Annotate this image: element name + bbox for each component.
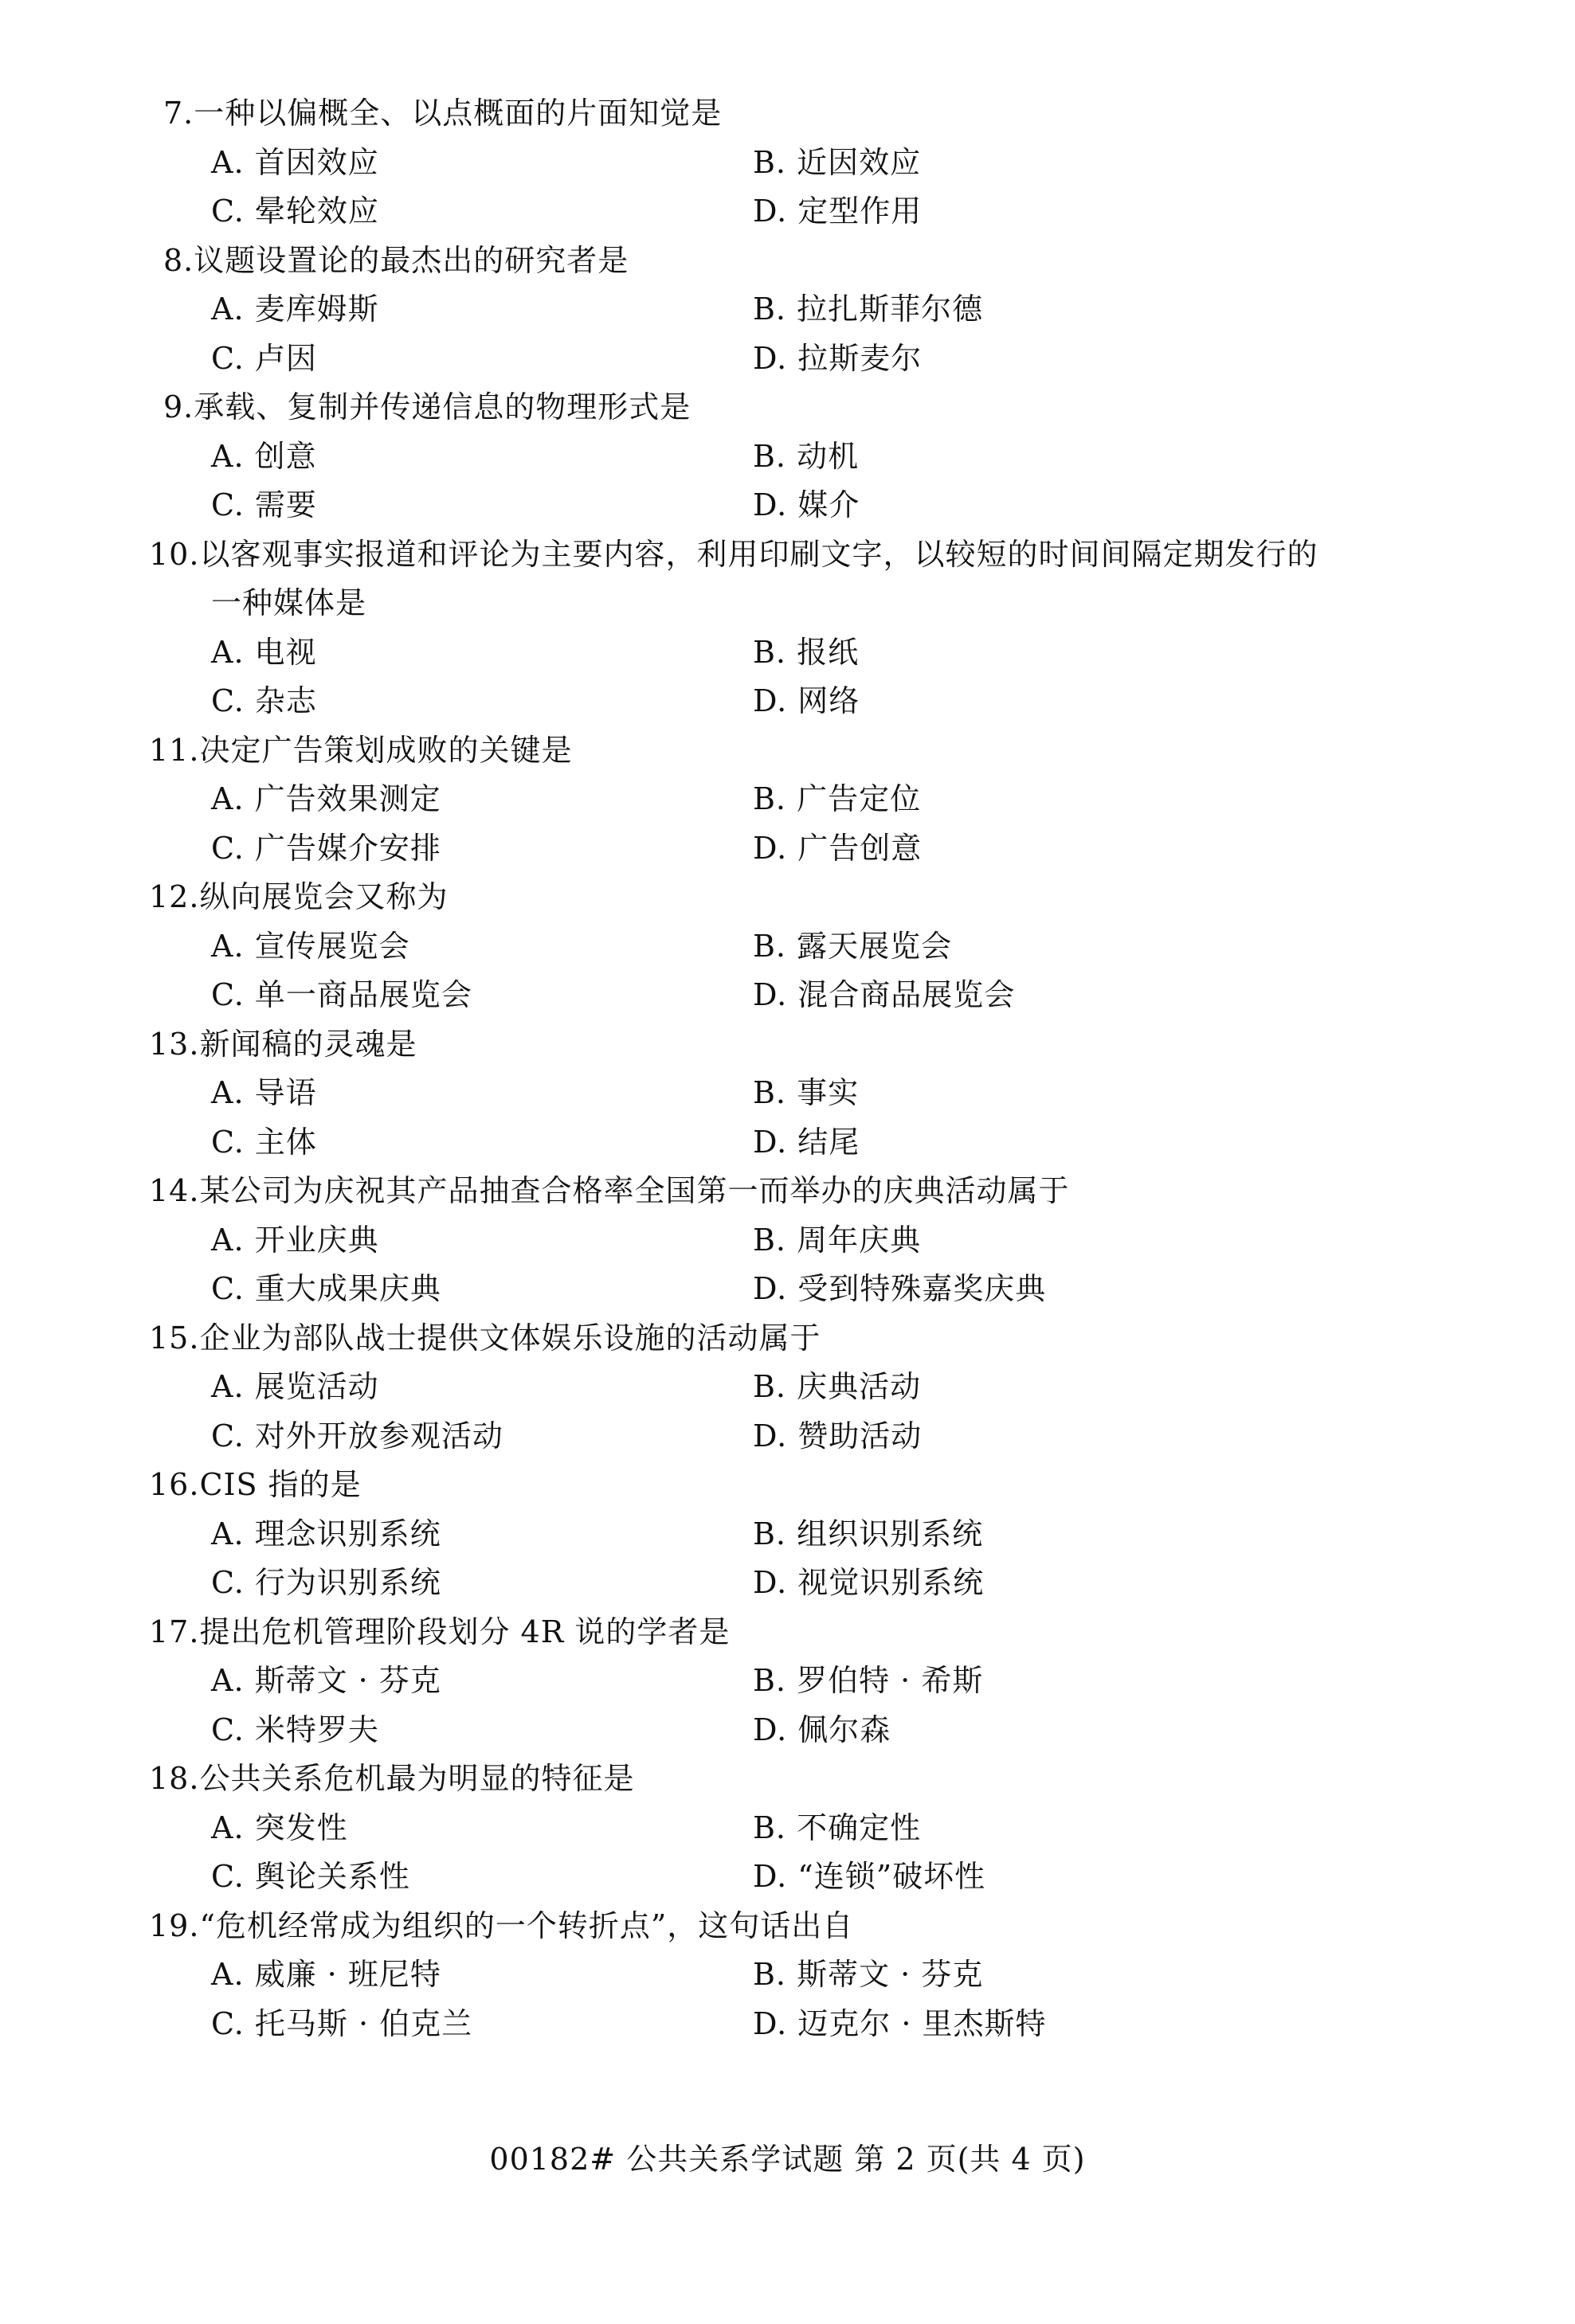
options-row: C. 卢因 D. 拉斯麦尔 [163,335,1518,384]
option-b: B. 动机 [753,432,1311,482]
option-a: A. 首因效应 [163,139,753,188]
question-8: 8.议题设置论的最杰出的研究者是 A. 麦库姆斯 B. 拉扎斯菲尔德 C. 卢因… [163,237,1518,384]
question-stem: 7.一种以偏概全、以点概面的片面知觉是 [163,89,1518,139]
option-a: A. 导语 [163,1069,753,1118]
question-19: 19.“危机经常成为组织的一个转折点”，这句话出自 A. 威廉 · 班尼特 B.… [163,1902,1518,2049]
option-c: C. 卢因 [163,335,753,384]
question-number: 13. [149,1020,199,1070]
option-c: C. 舆论关系性 [163,1853,753,1902]
question-13: 13.新闻稿的灵魂是 A. 导语 B. 事实 C. 主体 D. 结尾 [163,1020,1518,1168]
question-stem: 10.以客观事实报道和评论为主要内容，利用印刷文字，以较短的时间间隔定期发行的 [163,530,1518,580]
exam-page: 7.一种以偏概全、以点概面的片面知觉是 A. 首因效应 B. 近因效应 C. 晕… [0,0,1575,2324]
options-row: A. 威廉 · 班尼特 B. 斯蒂文 · 芬克 [163,1950,1518,2000]
option-a: A. 创意 [163,432,753,482]
option-d: D. 广告创意 [753,824,1311,874]
options-row: C. 单一商品展览会 D. 混合商品展览会 [163,971,1518,1020]
option-b: B. 广告定位 [753,775,1311,824]
question-number: 19. [149,1902,199,1951]
option-c: C. 需要 [163,481,753,530]
option-b: B. 组织识别系统 [753,1510,1311,1559]
option-b: B. 不确定性 [753,1804,1311,1853]
question-stem: 12.纵向展览会又称为 [163,873,1518,922]
option-b: B. 周年庆典 [753,1216,1311,1266]
option-d: D. 定型作用 [753,187,1311,237]
option-c: C. 米特罗夫 [163,1706,753,1755]
option-d: D. 拉斯麦尔 [753,335,1311,384]
question-number: 12. [149,873,199,922]
question-stem: 18.公共关系危机最为明显的特征是 [163,1755,1518,1804]
question-11: 11.决定广告策划成败的关键是 A. 广告效果测定 B. 广告定位 C. 广告媒… [163,726,1518,874]
options-row: C. 舆论关系性 D. “连锁”破坏性 [163,1853,1518,1902]
option-c: C. 广告媒介安排 [163,824,753,874]
options-row: A. 广告效果测定 B. 广告定位 [163,775,1518,824]
question-stem: 16.CIS 指的是 [163,1461,1518,1510]
question-number: 15. [149,1314,199,1363]
option-a: A. 展览活动 [163,1363,753,1412]
question-stem: 11.决定广告策划成败的关键是 [163,726,1518,776]
question-text: 某公司为庆祝其产品抽查合格率全国第一而举办的庆典活动属于 [199,1173,1069,1208]
options-row: C. 托马斯 · 伯克兰 D. 迈克尔 · 里杰斯特 [163,2000,1518,2049]
option-d: D. 媒介 [753,481,1311,530]
options-row: C. 重大成果庆典 D. 受到特殊嘉奖庆典 [163,1265,1518,1314]
options-row: C. 对外开放参观活动 D. 赞助活动 [163,1412,1518,1461]
options-row: A. 展览活动 B. 庆典活动 [163,1363,1518,1412]
option-a: A. 电视 [163,628,753,678]
option-a: A. 突发性 [163,1804,753,1853]
question-16: 16.CIS 指的是 A. 理念识别系统 B. 组织识别系统 C. 行为识别系统… [163,1461,1518,1608]
option-a: A. 广告效果测定 [163,775,753,824]
question-17: 17.提出危机管理阶段划分 4R 说的学者是 A. 斯蒂文 · 芬克 B. 罗伯… [163,1608,1518,1755]
option-b: B. 事实 [753,1069,1311,1118]
options-row: C. 主体 D. 结尾 [163,1118,1518,1168]
option-b: B. 近因效应 [753,139,1311,188]
option-a: A. 麦库姆斯 [163,285,753,335]
option-d: D. 混合商品展览会 [753,971,1311,1020]
options-row: C. 米特罗夫 D. 佩尔森 [163,1706,1518,1755]
question-10: 10.以客观事实报道和评论为主要内容，利用印刷文字，以较短的时间间隔定期发行的 … [163,530,1518,726]
option-b: B. 拉扎斯菲尔德 [753,285,1311,335]
question-18: 18.公共关系危机最为明显的特征是 A. 突发性 B. 不确定性 C. 舆论关系… [163,1755,1518,1902]
option-b: B. 报纸 [753,628,1311,678]
question-text: 公共关系危机最为明显的特征是 [199,1761,634,1796]
question-stem: 14.某公司为庆祝其产品抽查合格率全国第一而举办的庆典活动属于 [163,1167,1518,1216]
options-row: C. 行为识别系统 D. 视觉识别系统 [163,1559,1518,1608]
option-d: D. “连锁”破坏性 [753,1853,1311,1902]
option-a: A. 威廉 · 班尼特 [163,1950,753,2000]
question-number: 18. [149,1755,199,1804]
question-stem: 15.企业为部队战士提供文体娱乐设施的活动属于 [163,1314,1518,1363]
question-text: CIS 指的是 [199,1467,361,1502]
option-b: B. 斯蒂文 · 芬克 [753,1950,1311,2000]
question-text: 承载、复制并传递信息的物理形式是 [194,389,691,425]
question-number: 17. [149,1608,199,1657]
option-c: C. 主体 [163,1118,753,1168]
options-row: A. 导语 B. 事实 [163,1069,1518,1118]
option-d: D. 赞助活动 [753,1412,1311,1461]
options-row: C. 晕轮效应 D. 定型作用 [163,187,1518,237]
question-number: 9. [163,383,194,432]
options-row: A. 开业庆典 B. 周年庆典 [163,1216,1518,1266]
option-d: D. 受到特殊嘉奖庆典 [753,1265,1311,1314]
question-stem: 19.“危机经常成为组织的一个转折点”，这句话出自 [163,1902,1518,1951]
question-number: 11. [149,726,199,776]
option-c: C. 单一商品展览会 [163,971,753,1020]
options-row: C. 杂志 D. 网络 [163,677,1518,726]
question-text: 提出危机管理阶段划分 4R 说的学者是 [199,1614,730,1649]
question-stem: 17.提出危机管理阶段划分 4R 说的学者是 [163,1608,1518,1657]
option-d: D. 迈克尔 · 里杰斯特 [753,2000,1311,2049]
options-row: A. 宣传展览会 B. 露天展览会 [163,922,1518,972]
option-a: A. 理念识别系统 [163,1510,753,1559]
question-stem: 9.承载、复制并传递信息的物理形式是 [163,383,1518,432]
option-c: C. 对外开放参观活动 [163,1412,753,1461]
question-list: 7.一种以偏概全、以点概面的片面知觉是 A. 首因效应 B. 近因效应 C. 晕… [163,89,1518,2048]
question-text: 新闻稿的灵魂是 [199,1027,417,1062]
question-number: 16. [149,1461,199,1510]
option-d: D. 视觉识别系统 [753,1559,1311,1608]
option-a: A. 宣传展览会 [163,922,753,972]
question-text: 纵向展览会又称为 [199,879,448,914]
question-text: 一种以偏概全、以点概面的片面知觉是 [194,96,722,131]
option-d: D. 结尾 [753,1118,1311,1168]
option-b: B. 罗伯特 · 希斯 [753,1657,1311,1706]
options-row: A. 理念识别系统 B. 组织识别系统 [163,1510,1518,1559]
question-number: 8. [163,237,194,286]
question-text: 企业为部队战士提供文体娱乐设施的活动属于 [199,1320,821,1356]
page-footer: 00182# 公共关系学试题 第 2 页(共 4 页) [0,2139,1575,2179]
question-9: 9.承载、复制并传递信息的物理形式是 A. 创意 B. 动机 C. 需要 D. … [163,383,1518,530]
option-b: B. 庆典活动 [753,1363,1311,1412]
question-number: 14. [149,1167,199,1216]
option-a: A. 开业庆典 [163,1216,753,1266]
question-12: 12.纵向展览会又称为 A. 宣传展览会 B. 露天展览会 C. 单一商品展览会… [163,873,1518,1020]
options-row: A. 首因效应 B. 近因效应 [163,139,1518,188]
options-row: C. 需要 D. 媒介 [163,481,1518,530]
option-d: D. 佩尔森 [753,1706,1311,1755]
question-stem-continuation: 一种媒体是 [163,579,1518,628]
option-c: C. 托马斯 · 伯克兰 [163,2000,753,2049]
options-row: C. 广告媒介安排 D. 广告创意 [163,824,1518,874]
question-text: “危机经常成为组织的一个转折点”，这句话出自 [199,1908,853,1943]
question-text: 议题设置论的最杰出的研究者是 [194,243,629,278]
option-c: C. 杂志 [163,677,753,726]
question-text: 决定广告策划成败的关键是 [199,733,572,768]
question-number: 7. [163,89,194,139]
question-text: 以客观事实报道和评论为主要内容，利用印刷文字，以较短的时间间隔定期发行的 [199,537,1318,572]
option-a: A. 斯蒂文 · 芬克 [163,1657,753,1706]
question-15: 15.企业为部队战士提供文体娱乐设施的活动属于 A. 展览活动 B. 庆典活动 … [163,1314,1518,1461]
option-d: D. 网络 [753,677,1311,726]
question-7: 7.一种以偏概全、以点概面的片面知觉是 A. 首因效应 B. 近因效应 C. 晕… [163,89,1518,237]
option-b: B. 露天展览会 [753,922,1311,972]
option-c: C. 重大成果庆典 [163,1265,753,1314]
question-14: 14.某公司为庆祝其产品抽查合格率全国第一而举办的庆典活动属于 A. 开业庆典 … [163,1167,1518,1314]
option-c: C. 行为识别系统 [163,1559,753,1608]
question-number: 10. [149,530,199,580]
question-stem: 8.议题设置论的最杰出的研究者是 [163,237,1518,286]
options-row: A. 突发性 B. 不确定性 [163,1804,1518,1853]
options-row: A. 创意 B. 动机 [163,432,1518,482]
options-row: A. 电视 B. 报纸 [163,628,1518,678]
question-stem: 13.新闻稿的灵魂是 [163,1020,1518,1070]
options-row: A. 麦库姆斯 B. 拉扎斯菲尔德 [163,285,1518,335]
options-row: A. 斯蒂文 · 芬克 B. 罗伯特 · 希斯 [163,1657,1518,1706]
option-c: C. 晕轮效应 [163,187,753,237]
